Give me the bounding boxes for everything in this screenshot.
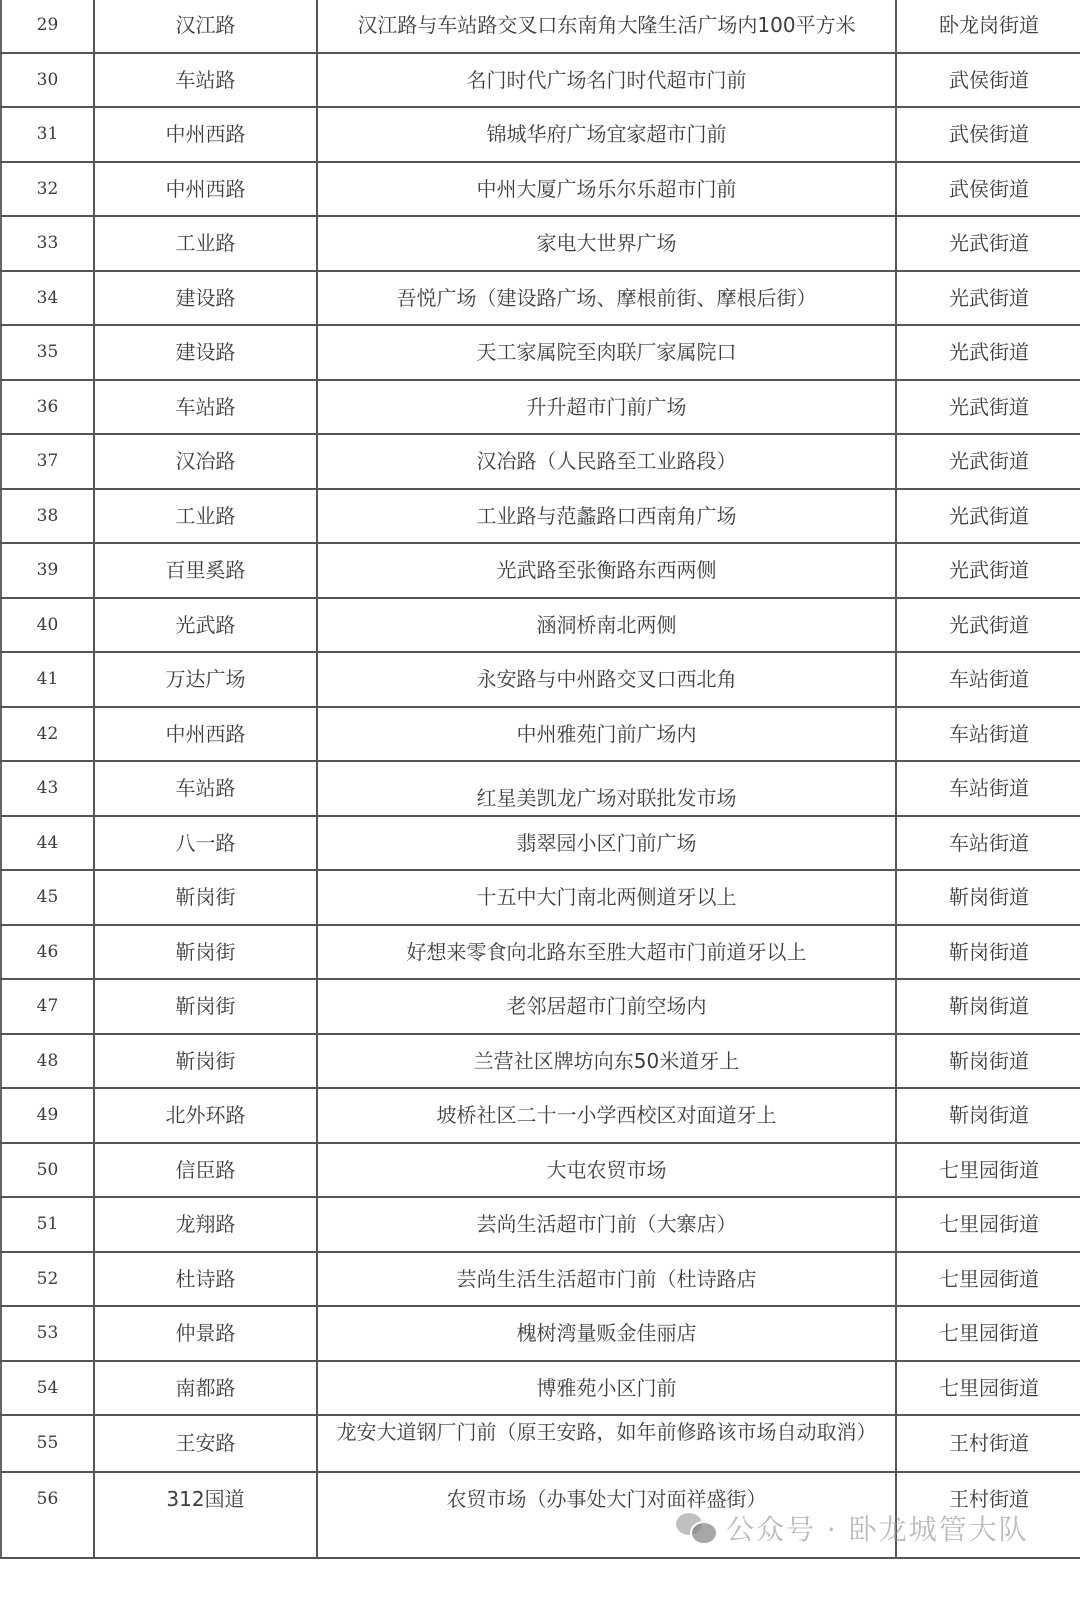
- street-office-cell-text: 武侯街道: [949, 177, 1029, 201]
- location-cell-text: 吾悦广场（建设路广场、摩根前街、摩根后街）: [397, 286, 817, 310]
- row-number-cell: 52: [1, 1252, 94, 1307]
- street-office-cell-text: 七里园街道: [939, 1267, 1039, 1291]
- road-cell: 312国道: [94, 1472, 317, 1558]
- road-cell-text: 车站路: [176, 395, 236, 419]
- street-office-cell: 光武街道: [896, 380, 1080, 435]
- street-office-cell: 七里园街道: [896, 1361, 1080, 1416]
- road-cell: 建设路: [94, 271, 317, 326]
- street-office-cell-text: 武侯街道: [949, 122, 1029, 146]
- table-row: 40光武路涵洞桥南北两侧光武街道: [1, 598, 1080, 653]
- row-number-cell: 40: [1, 598, 94, 653]
- table-row: 36车站路升升超市门前广场光武街道: [1, 380, 1080, 435]
- road-cell-text: 车站路: [176, 68, 236, 92]
- location-cell-text: 十五中大门南北两侧道牙以上: [477, 885, 737, 909]
- location-cell: 汉冶路（人民路至工业路段）: [317, 434, 896, 489]
- road-cell: 王安路: [94, 1415, 317, 1472]
- table-body: 29汉江路汉江路与车站路交叉口东南角大隆生活广场内100平方米卧龙岗街道30车站…: [1, 0, 1080, 1558]
- road-cell: 靳岗街: [94, 925, 317, 980]
- row-number-cell: 56: [1, 1472, 94, 1558]
- street-office-cell: 光武街道: [896, 489, 1080, 544]
- road-cell: 百里奚路: [94, 543, 317, 598]
- row-number-cell-text: 51: [37, 1214, 59, 1234]
- location-cell: 翡翠园小区门前广场: [317, 816, 896, 871]
- table-row: 41万达广场永安路与中州路交叉口西北角车站街道: [1, 652, 1080, 707]
- road-cell-text: 汉江路: [176, 13, 236, 37]
- street-office-cell: 靳岗街道: [896, 870, 1080, 925]
- street-office-cell-text: 光武街道: [949, 613, 1029, 637]
- road-cell-text: 靳岗街: [176, 885, 236, 909]
- road-cell: 车站路: [94, 380, 317, 435]
- row-number-cell-text: 37: [37, 451, 59, 471]
- row-number-cell-text: 54: [37, 1378, 59, 1398]
- street-office-cell-text: 王村街道: [949, 1431, 1029, 1455]
- location-cell-text: 槐树湾量贩金佳丽店: [517, 1321, 697, 1345]
- road-cell: 中州西路: [94, 107, 317, 162]
- location-cell-text: 中州大厦广场乐尔乐超市门前: [477, 177, 737, 201]
- row-number-cell-text: 39: [37, 560, 59, 580]
- row-number-cell-text: 29: [37, 15, 59, 35]
- row-number-cell-text: 42: [37, 724, 59, 744]
- row-number-cell-text: 44: [37, 833, 59, 853]
- location-cell: 大屯农贸市场: [317, 1143, 896, 1198]
- row-number-cell: 36: [1, 380, 94, 435]
- table-row: 53仲景路槐树湾量贩金佳丽店七里园街道: [1, 1306, 1080, 1361]
- street-office-cell-text: 光武街道: [949, 558, 1029, 582]
- location-cell: 光武路至张衡路东西两侧: [317, 543, 896, 598]
- location-cell-text: 农贸市场（办事处大门对面祥盛街）: [447, 1487, 767, 1511]
- row-number-cell: 35: [1, 325, 94, 380]
- street-office-cell: 车站街道: [896, 816, 1080, 871]
- row-number-cell: 37: [1, 434, 94, 489]
- row-number-cell: 51: [1, 1197, 94, 1252]
- street-office-cell-text: 车站街道: [949, 667, 1029, 691]
- location-cell: 红星美凯龙广场对联批发市场: [317, 761, 896, 816]
- street-office-cell-text: 武侯街道: [949, 68, 1029, 92]
- row-number-cell-text: 35: [37, 342, 59, 362]
- location-cell: 天工家属院至肉联厂家属院口: [317, 325, 896, 380]
- road-cell: 靳岗街: [94, 1034, 317, 1089]
- row-number-cell-text: 45: [37, 887, 59, 907]
- row-number-cell: 46: [1, 925, 94, 980]
- table-row: 34建设路吾悦广场（建设路广场、摩根前街、摩根后街）光武街道: [1, 271, 1080, 326]
- road-cell-text: 杜诗路: [176, 1267, 236, 1291]
- location-cell-text: 汉江路与车站路交叉口东南角大隆生活广场内100平方米: [357, 13, 855, 37]
- street-office-cell: 光武街道: [896, 543, 1080, 598]
- row-number-cell: 50: [1, 1143, 94, 1198]
- location-cell-text: 升升超市门前广场: [527, 395, 687, 419]
- location-cell: 龙安大道钢厂门前（原王安路，如年前修路该市场自动取消）: [317, 1415, 896, 1472]
- street-office-cell-text: 光武街道: [949, 340, 1029, 364]
- row-number-cell: 45: [1, 870, 94, 925]
- street-office-cell-text: 靳岗街道: [949, 994, 1029, 1018]
- street-office-cell-text: 靳岗街道: [949, 1103, 1029, 1127]
- table-row: 32中州西路中州大厦广场乐尔乐超市门前武侯街道: [1, 162, 1080, 217]
- road-cell: 北外环路: [94, 1088, 317, 1143]
- location-cell: 名门时代广场名门时代超市门前: [317, 53, 896, 108]
- table-row: 33工业路家电大世界广场光武街道: [1, 216, 1080, 271]
- location-cell-text: 龙安大道钢厂门前（原王安路，如年前修路该市场自动取消）: [337, 1420, 877, 1444]
- location-cell: 涵洞桥南北两侧: [317, 598, 896, 653]
- road-cell-text: 光武路: [176, 613, 236, 637]
- table-row: 43车站路红星美凯龙广场对联批发市场车站街道: [1, 761, 1080, 816]
- row-number-cell-text: 50: [37, 1160, 59, 1180]
- road-cell: 杜诗路: [94, 1252, 317, 1307]
- street-office-cell-text: 光武街道: [949, 395, 1029, 419]
- road-cell: 八一路: [94, 816, 317, 871]
- row-number-cell: 34: [1, 271, 94, 326]
- road-cell-text: 信臣路: [176, 1158, 236, 1182]
- street-office-cell-text: 七里园街道: [939, 1212, 1039, 1236]
- street-office-cell: 光武街道: [896, 216, 1080, 271]
- table-row: 50信臣路大屯农贸市场七里园街道: [1, 1143, 1080, 1198]
- location-cell-text: 芸尚生活超市门前（大寨店）: [477, 1212, 737, 1236]
- location-cell-text: 天工家属院至肉联厂家属院口: [477, 340, 737, 364]
- location-cell: 兰营社区牌坊向东50米道牙上: [317, 1034, 896, 1089]
- road-cell-text: 龙翔路: [176, 1212, 236, 1236]
- street-office-cell: 车站街道: [896, 652, 1080, 707]
- table-row: 48靳岗街兰营社区牌坊向东50米道牙上靳岗街道: [1, 1034, 1080, 1089]
- table-row: 37汉冶路汉冶路（人民路至工业路段）光武街道: [1, 434, 1080, 489]
- road-cell-text: 仲景路: [176, 1321, 236, 1345]
- road-cell: 南都路: [94, 1361, 317, 1416]
- location-cell: 博雅苑小区门前: [317, 1361, 896, 1416]
- street-office-cell-text: 光武街道: [949, 449, 1029, 473]
- street-office-cell: 光武街道: [896, 271, 1080, 326]
- road-cell: 中州西路: [94, 162, 317, 217]
- location-cell-text: 光武路至张衡路东西两侧: [497, 558, 717, 582]
- row-number-cell-text: 40: [37, 615, 59, 635]
- road-cell-text: 王安路: [176, 1431, 236, 1455]
- road-cell: 龙翔路: [94, 1197, 317, 1252]
- row-number-cell: 41: [1, 652, 94, 707]
- location-cell-text: 红星美凯龙广场对联批发市场: [477, 786, 737, 810]
- location-cell: 芸尚生活超市门前（大寨店）: [317, 1197, 896, 1252]
- row-number-cell: 49: [1, 1088, 94, 1143]
- street-office-cell: 王村街道: [896, 1472, 1080, 1558]
- market-locations-table: 29汉江路汉江路与车站路交叉口东南角大隆生活广场内100平方米卧龙岗街道30车站…: [0, 0, 1080, 1559]
- table-row: 44八一路翡翠园小区门前广场车站街道: [1, 816, 1080, 871]
- row-number-cell-text: 56: [37, 1489, 59, 1509]
- row-number-cell: 55: [1, 1415, 94, 1472]
- row-number-cell: 39: [1, 543, 94, 598]
- row-number-cell-text: 53: [37, 1323, 59, 1343]
- table-row: 39百里奚路光武路至张衡路东西两侧光武街道: [1, 543, 1080, 598]
- road-cell-text: 建设路: [176, 286, 236, 310]
- row-number-cell-text: 30: [37, 70, 59, 90]
- road-cell: 万达广场: [94, 652, 317, 707]
- street-office-cell: 车站街道: [896, 761, 1080, 816]
- road-cell-text: 建设路: [176, 340, 236, 364]
- row-number-cell: 29: [1, 0, 94, 53]
- row-number-cell-text: 48: [37, 1051, 59, 1071]
- row-number-cell-text: 43: [37, 778, 59, 798]
- row-number-cell-text: 49: [37, 1105, 59, 1125]
- road-cell-text: 靳岗街: [176, 940, 236, 964]
- street-office-cell: 车站街道: [896, 707, 1080, 762]
- table-row: 54南都路博雅苑小区门前七里园街道: [1, 1361, 1080, 1416]
- street-office-cell-text: 七里园街道: [939, 1321, 1039, 1345]
- row-number-cell-text: 36: [37, 397, 59, 417]
- street-office-cell: 靳岗街道: [896, 1034, 1080, 1089]
- road-cell-text: 万达广场: [166, 667, 246, 691]
- street-office-cell-text: 车站街道: [949, 831, 1029, 855]
- street-office-cell-text: 车站街道: [949, 776, 1029, 800]
- street-office-cell-text: 靳岗街道: [949, 1049, 1029, 1073]
- street-office-cell: 靳岗街道: [896, 979, 1080, 1034]
- street-office-cell: 卧龙岗街道: [896, 0, 1080, 53]
- row-number-cell-text: 47: [37, 996, 59, 1016]
- street-office-cell-text: 七里园街道: [939, 1376, 1039, 1400]
- row-number-cell-text: 41: [37, 669, 59, 689]
- row-number-cell: 43: [1, 761, 94, 816]
- road-cell: 仲景路: [94, 1306, 317, 1361]
- table-row: 29汉江路汉江路与车站路交叉口东南角大隆生活广场内100平方米卧龙岗街道: [1, 0, 1080, 53]
- street-office-cell: 武侯街道: [896, 162, 1080, 217]
- table-row: 55王安路龙安大道钢厂门前（原王安路，如年前修路该市场自动取消）王村街道: [1, 1415, 1080, 1472]
- road-cell-text: 车站路: [176, 776, 236, 800]
- location-cell: 家电大世界广场: [317, 216, 896, 271]
- location-cell-text: 汉冶路（人民路至工业路段）: [477, 449, 737, 473]
- location-cell-text: 名门时代广场名门时代超市门前: [467, 68, 747, 92]
- row-number-cell: 38: [1, 489, 94, 544]
- location-cell: 好想来零食向北路东至胜大超市门前道牙以上: [317, 925, 896, 980]
- street-office-cell: 光武街道: [896, 598, 1080, 653]
- location-cell-text: 翡翠园小区门前广场: [517, 831, 697, 855]
- street-office-cell: 七里园街道: [896, 1143, 1080, 1198]
- location-cell-text: 永安路与中州路交叉口西北角: [477, 667, 737, 691]
- row-number-cell: 32: [1, 162, 94, 217]
- location-cell: 农贸市场（办事处大门对面祥盛街）: [317, 1472, 896, 1558]
- row-number-cell: 42: [1, 707, 94, 762]
- street-office-cell: 王村街道: [896, 1415, 1080, 1472]
- street-office-cell-text: 王村街道: [949, 1487, 1029, 1511]
- table-row: 45靳岗街十五中大门南北两侧道牙以上靳岗街道: [1, 870, 1080, 925]
- road-cell-text: 312国道: [166, 1487, 244, 1511]
- location-cell-text: 锦城华府广场宜家超市门前: [487, 122, 727, 146]
- street-office-cell-text: 卧龙岗街道: [939, 13, 1039, 37]
- table-row: 52杜诗路芸尚生活生活超市门前（杜诗路店七里园街道: [1, 1252, 1080, 1307]
- street-office-cell-text: 光武街道: [949, 231, 1029, 255]
- location-cell-text: 工业路与范蠡路口西南角广场: [477, 504, 737, 528]
- table-row: 35建设路天工家属院至肉联厂家属院口光武街道: [1, 325, 1080, 380]
- road-cell-text: 汉冶路: [176, 449, 236, 473]
- row-number-cell-text: 32: [37, 179, 59, 199]
- row-number-cell: 31: [1, 107, 94, 162]
- table-row: 51龙翔路芸尚生活超市门前（大寨店）七里园街道: [1, 1197, 1080, 1252]
- location-cell: 坡桥社区二十一小学西校区对面道牙上: [317, 1088, 896, 1143]
- street-office-cell-text: 车站街道: [949, 722, 1029, 746]
- road-cell-text: 靳岗街: [176, 994, 236, 1018]
- row-number-cell: 54: [1, 1361, 94, 1416]
- location-cell: 吾悦广场（建设路广场、摩根前街、摩根后街）: [317, 271, 896, 326]
- table-row: 31中州西路锦城华府广场宜家超市门前武侯街道: [1, 107, 1080, 162]
- road-cell-text: 中州西路: [166, 177, 246, 201]
- location-cell: 老邻居超市门前空场内: [317, 979, 896, 1034]
- location-cell-text: 家电大世界广场: [537, 231, 677, 255]
- table-row: 49北外环路坡桥社区二十一小学西校区对面道牙上靳岗街道: [1, 1088, 1080, 1143]
- row-number-cell: 48: [1, 1034, 94, 1089]
- location-cell: 槐树湾量贩金佳丽店: [317, 1306, 896, 1361]
- street-office-cell: 靳岗街道: [896, 925, 1080, 980]
- row-number-cell: 30: [1, 53, 94, 108]
- location-cell: 十五中大门南北两侧道牙以上: [317, 870, 896, 925]
- road-cell: 汉冶路: [94, 434, 317, 489]
- location-cell: 升升超市门前广场: [317, 380, 896, 435]
- road-cell: 信臣路: [94, 1143, 317, 1198]
- location-cell: 锦城华府广场宜家超市门前: [317, 107, 896, 162]
- table-row: 42中州西路中州雅苑门前广场内车站街道: [1, 707, 1080, 762]
- road-cell: 汉江路: [94, 0, 317, 53]
- street-office-cell-text: 光武街道: [949, 286, 1029, 310]
- location-cell-text: 涵洞桥南北两侧: [537, 613, 677, 637]
- row-number-cell-text: 34: [37, 288, 59, 308]
- row-number-cell: 33: [1, 216, 94, 271]
- road-cell-text: 八一路: [176, 831, 236, 855]
- table-row: 38工业路工业路与范蠡路口西南角广场光武街道: [1, 489, 1080, 544]
- road-cell-text: 北外环路: [166, 1103, 246, 1127]
- location-cell-text: 芸尚生活生活超市门前（杜诗路店: [457, 1267, 757, 1291]
- street-office-cell: 光武街道: [896, 434, 1080, 489]
- location-cell: 汉江路与车站路交叉口东南角大隆生活广场内100平方米: [317, 0, 896, 53]
- table-row: 46靳岗街好想来零食向北路东至胜大超市门前道牙以上靳岗街道: [1, 925, 1080, 980]
- road-cell: 中州西路: [94, 707, 317, 762]
- road-cell: 车站路: [94, 761, 317, 816]
- row-number-cell: 47: [1, 979, 94, 1034]
- location-cell-text: 坡桥社区二十一小学西校区对面道牙上: [437, 1103, 777, 1127]
- row-number-cell: 53: [1, 1306, 94, 1361]
- row-number-cell-text: 38: [37, 506, 59, 526]
- road-cell-text: 工业路: [176, 231, 236, 255]
- street-office-cell: 七里园街道: [896, 1252, 1080, 1307]
- road-cell-text: 南都路: [176, 1376, 236, 1400]
- road-cell: 靳岗街: [94, 979, 317, 1034]
- street-office-cell: 七里园街道: [896, 1306, 1080, 1361]
- street-office-cell: 武侯街道: [896, 53, 1080, 108]
- location-cell: 中州雅苑门前广场内: [317, 707, 896, 762]
- street-office-cell-text: 靳岗街道: [949, 940, 1029, 964]
- road-cell-text: 靳岗街: [176, 1049, 236, 1073]
- table-row: 56312国道农贸市场（办事处大门对面祥盛街）王村街道: [1, 1472, 1080, 1558]
- row-number-cell: 44: [1, 816, 94, 871]
- road-cell: 车站路: [94, 53, 317, 108]
- row-number-cell-text: 33: [37, 233, 59, 253]
- road-cell-text: 中州西路: [166, 122, 246, 146]
- table-row: 30车站路名门时代广场名门时代超市门前武侯街道: [1, 53, 1080, 108]
- road-cell-text: 百里奚路: [166, 558, 246, 582]
- location-cell-text: 老邻居超市门前空场内: [507, 994, 707, 1018]
- location-cell-text: 大屯农贸市场: [547, 1158, 667, 1182]
- street-office-cell-text: 光武街道: [949, 504, 1029, 528]
- row-number-cell-text: 46: [37, 942, 59, 962]
- street-office-cell: 光武街道: [896, 325, 1080, 380]
- road-cell: 光武路: [94, 598, 317, 653]
- road-cell: 靳岗街: [94, 870, 317, 925]
- road-cell: 工业路: [94, 216, 317, 271]
- location-cell: 中州大厦广场乐尔乐超市门前: [317, 162, 896, 217]
- road-cell-text: 中州西路: [166, 722, 246, 746]
- row-number-cell-text: 52: [37, 1269, 59, 1289]
- street-office-cell: 靳岗街道: [896, 1088, 1080, 1143]
- road-cell: 工业路: [94, 489, 317, 544]
- location-cell: 永安路与中州路交叉口西北角: [317, 652, 896, 707]
- table-row: 47靳岗街老邻居超市门前空场内靳岗街道: [1, 979, 1080, 1034]
- road-cell: 建设路: [94, 325, 317, 380]
- street-office-cell-text: 靳岗街道: [949, 885, 1029, 909]
- row-number-cell-text: 31: [37, 124, 59, 144]
- road-cell-text: 工业路: [176, 504, 236, 528]
- location-cell: 芸尚生活生活超市门前（杜诗路店: [317, 1252, 896, 1307]
- location-cell-text: 好想来零食向北路东至胜大超市门前道牙以上: [407, 940, 807, 964]
- location-cell: 工业路与范蠡路口西南角广场: [317, 489, 896, 544]
- location-cell-text: 博雅苑小区门前: [537, 1376, 677, 1400]
- street-office-cell: 七里园街道: [896, 1197, 1080, 1252]
- location-cell-text: 兰营社区牌坊向东50米道牙上: [474, 1049, 739, 1073]
- street-office-cell-text: 七里园街道: [939, 1158, 1039, 1182]
- location-cell-text: 中州雅苑门前广场内: [517, 722, 697, 746]
- row-number-cell-text: 55: [37, 1433, 59, 1453]
- street-office-cell: 武侯街道: [896, 107, 1080, 162]
